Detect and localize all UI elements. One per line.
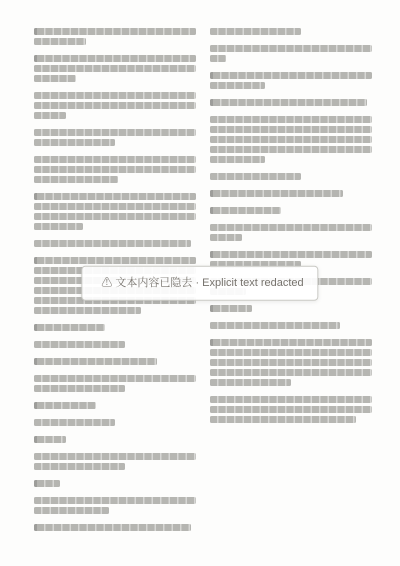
- redacted-text-line: [34, 324, 105, 331]
- dialogue-paragraph-redacted: [34, 480, 196, 490]
- redacted-text-line: [210, 146, 372, 153]
- redacted-text-line: [210, 126, 372, 133]
- redacted-text-line: [210, 156, 265, 163]
- redacted-text-line: [210, 45, 372, 52]
- redacted-text-line: [34, 193, 196, 200]
- redacted-text-line: [210, 406, 372, 413]
- narration-paragraph-redacted: [34, 419, 196, 429]
- narration-paragraph-redacted: [210, 322, 372, 332]
- redacted-text-line: [34, 65, 196, 72]
- narration-paragraph-redacted: [34, 240, 196, 250]
- narration-paragraph-redacted: [210, 116, 372, 166]
- redacted-text-line: [210, 55, 226, 62]
- redacted-text-line: [34, 92, 196, 99]
- redacted-text-line: [34, 480, 60, 487]
- dialogue-paragraph-redacted: [34, 193, 196, 233]
- redacted-text-line: [34, 341, 125, 348]
- redacted-text-line: [210, 396, 372, 403]
- dialogue-paragraph-redacted: [34, 402, 196, 412]
- redacted-text-line: [210, 136, 372, 143]
- redacted-text-line: [34, 524, 191, 531]
- narration-paragraph-redacted: [34, 341, 196, 351]
- redacted-text-line: [210, 251, 372, 258]
- redacted-text-line: [34, 102, 196, 109]
- redacted-text-line: [34, 75, 76, 82]
- redacted-text-line: [34, 497, 196, 504]
- narration-paragraph-redacted: [210, 224, 372, 244]
- narration-paragraph-redacted: [210, 45, 372, 65]
- redacted-text-line: [210, 416, 356, 423]
- dialogue-paragraph-redacted: [34, 358, 196, 368]
- dialogue-paragraph-redacted: [210, 72, 372, 92]
- redacted-text-line: [210, 224, 372, 231]
- dialogue-paragraph-redacted: [34, 324, 196, 334]
- narration-paragraph-redacted: [210, 396, 372, 426]
- redacted-text-line: [34, 463, 125, 470]
- redacted-text-line: [34, 375, 196, 382]
- redacted-text-line: [34, 358, 157, 365]
- redacted-text-line: [210, 339, 372, 346]
- redacted-text-line: [34, 307, 141, 314]
- dialogue-paragraph-redacted: [210, 305, 372, 315]
- redacted-text-line: [34, 112, 66, 119]
- narration-paragraph-redacted: [34, 129, 196, 149]
- redaction-notice: ⚠ 文本内容已隐去 · Explicit text redacted: [81, 266, 318, 301]
- narration-paragraph-redacted: [34, 375, 196, 395]
- dialogue-paragraph-redacted: [34, 55, 196, 85]
- redacted-text-line: [210, 99, 367, 106]
- dialogue-paragraph-redacted: [34, 28, 196, 48]
- dialogue-paragraph-redacted: [210, 207, 372, 217]
- dialogue-paragraph-redacted: [210, 99, 372, 109]
- redacted-text-line: [34, 176, 118, 183]
- redacted-text-line: [34, 139, 115, 146]
- redacted-text-line: [210, 359, 372, 366]
- redacted-text-line: [210, 190, 343, 197]
- redacted-text-line: [34, 223, 83, 230]
- redacted-text-line: [34, 166, 196, 173]
- redacted-text-line: [210, 116, 372, 123]
- redacted-text-line: [210, 322, 340, 329]
- redacted-text-line: [34, 38, 86, 45]
- redacted-text-line: [210, 379, 291, 386]
- redacted-text-line: [34, 385, 125, 392]
- narration-paragraph-redacted: [34, 497, 196, 517]
- redacted-text-line: [34, 257, 196, 264]
- redacted-text-line: [34, 240, 191, 247]
- redacted-text-line: [210, 28, 301, 35]
- redacted-text-line: [210, 72, 372, 79]
- redacted-text-line: [210, 369, 372, 376]
- redacted-text-line: [34, 419, 115, 426]
- redacted-text-line: [34, 402, 96, 409]
- redacted-text-line: [34, 28, 196, 35]
- narration-paragraph-redacted: [210, 28, 372, 38]
- redacted-text-line: [210, 234, 242, 241]
- redacted-text-line: [210, 349, 372, 356]
- redacted-text-line: [34, 129, 196, 136]
- dialogue-paragraph-redacted: [34, 524, 196, 534]
- redacted-text-line: [210, 82, 265, 89]
- redacted-text-line: [34, 507, 109, 514]
- redacted-text-line: [34, 55, 196, 62]
- redaction-notice-label: ⚠ 文本内容已隐去 · Explicit text redacted: [101, 277, 303, 289]
- redacted-text-line: [34, 213, 196, 220]
- redacted-text-line: [34, 203, 196, 210]
- redacted-text-line: [210, 173, 301, 180]
- narration-paragraph-redacted: [34, 453, 196, 473]
- dialogue-paragraph-redacted: [210, 190, 372, 200]
- narration-paragraph-redacted: [210, 173, 372, 183]
- redacted-text-line: [34, 156, 196, 163]
- dialogue-paragraph-redacted: [210, 339, 372, 389]
- redacted-text-line: [210, 305, 252, 312]
- narration-paragraph-redacted: [34, 92, 196, 122]
- redacted-text-line: [34, 453, 196, 460]
- narration-paragraph-redacted: [34, 156, 196, 186]
- document-page: ⚠ 文本内容已隐去 · Explicit text redacted: [0, 0, 400, 566]
- redacted-text-line: [210, 207, 281, 214]
- dialogue-paragraph-redacted: [34, 436, 196, 446]
- redacted-text-line: [34, 436, 66, 443]
